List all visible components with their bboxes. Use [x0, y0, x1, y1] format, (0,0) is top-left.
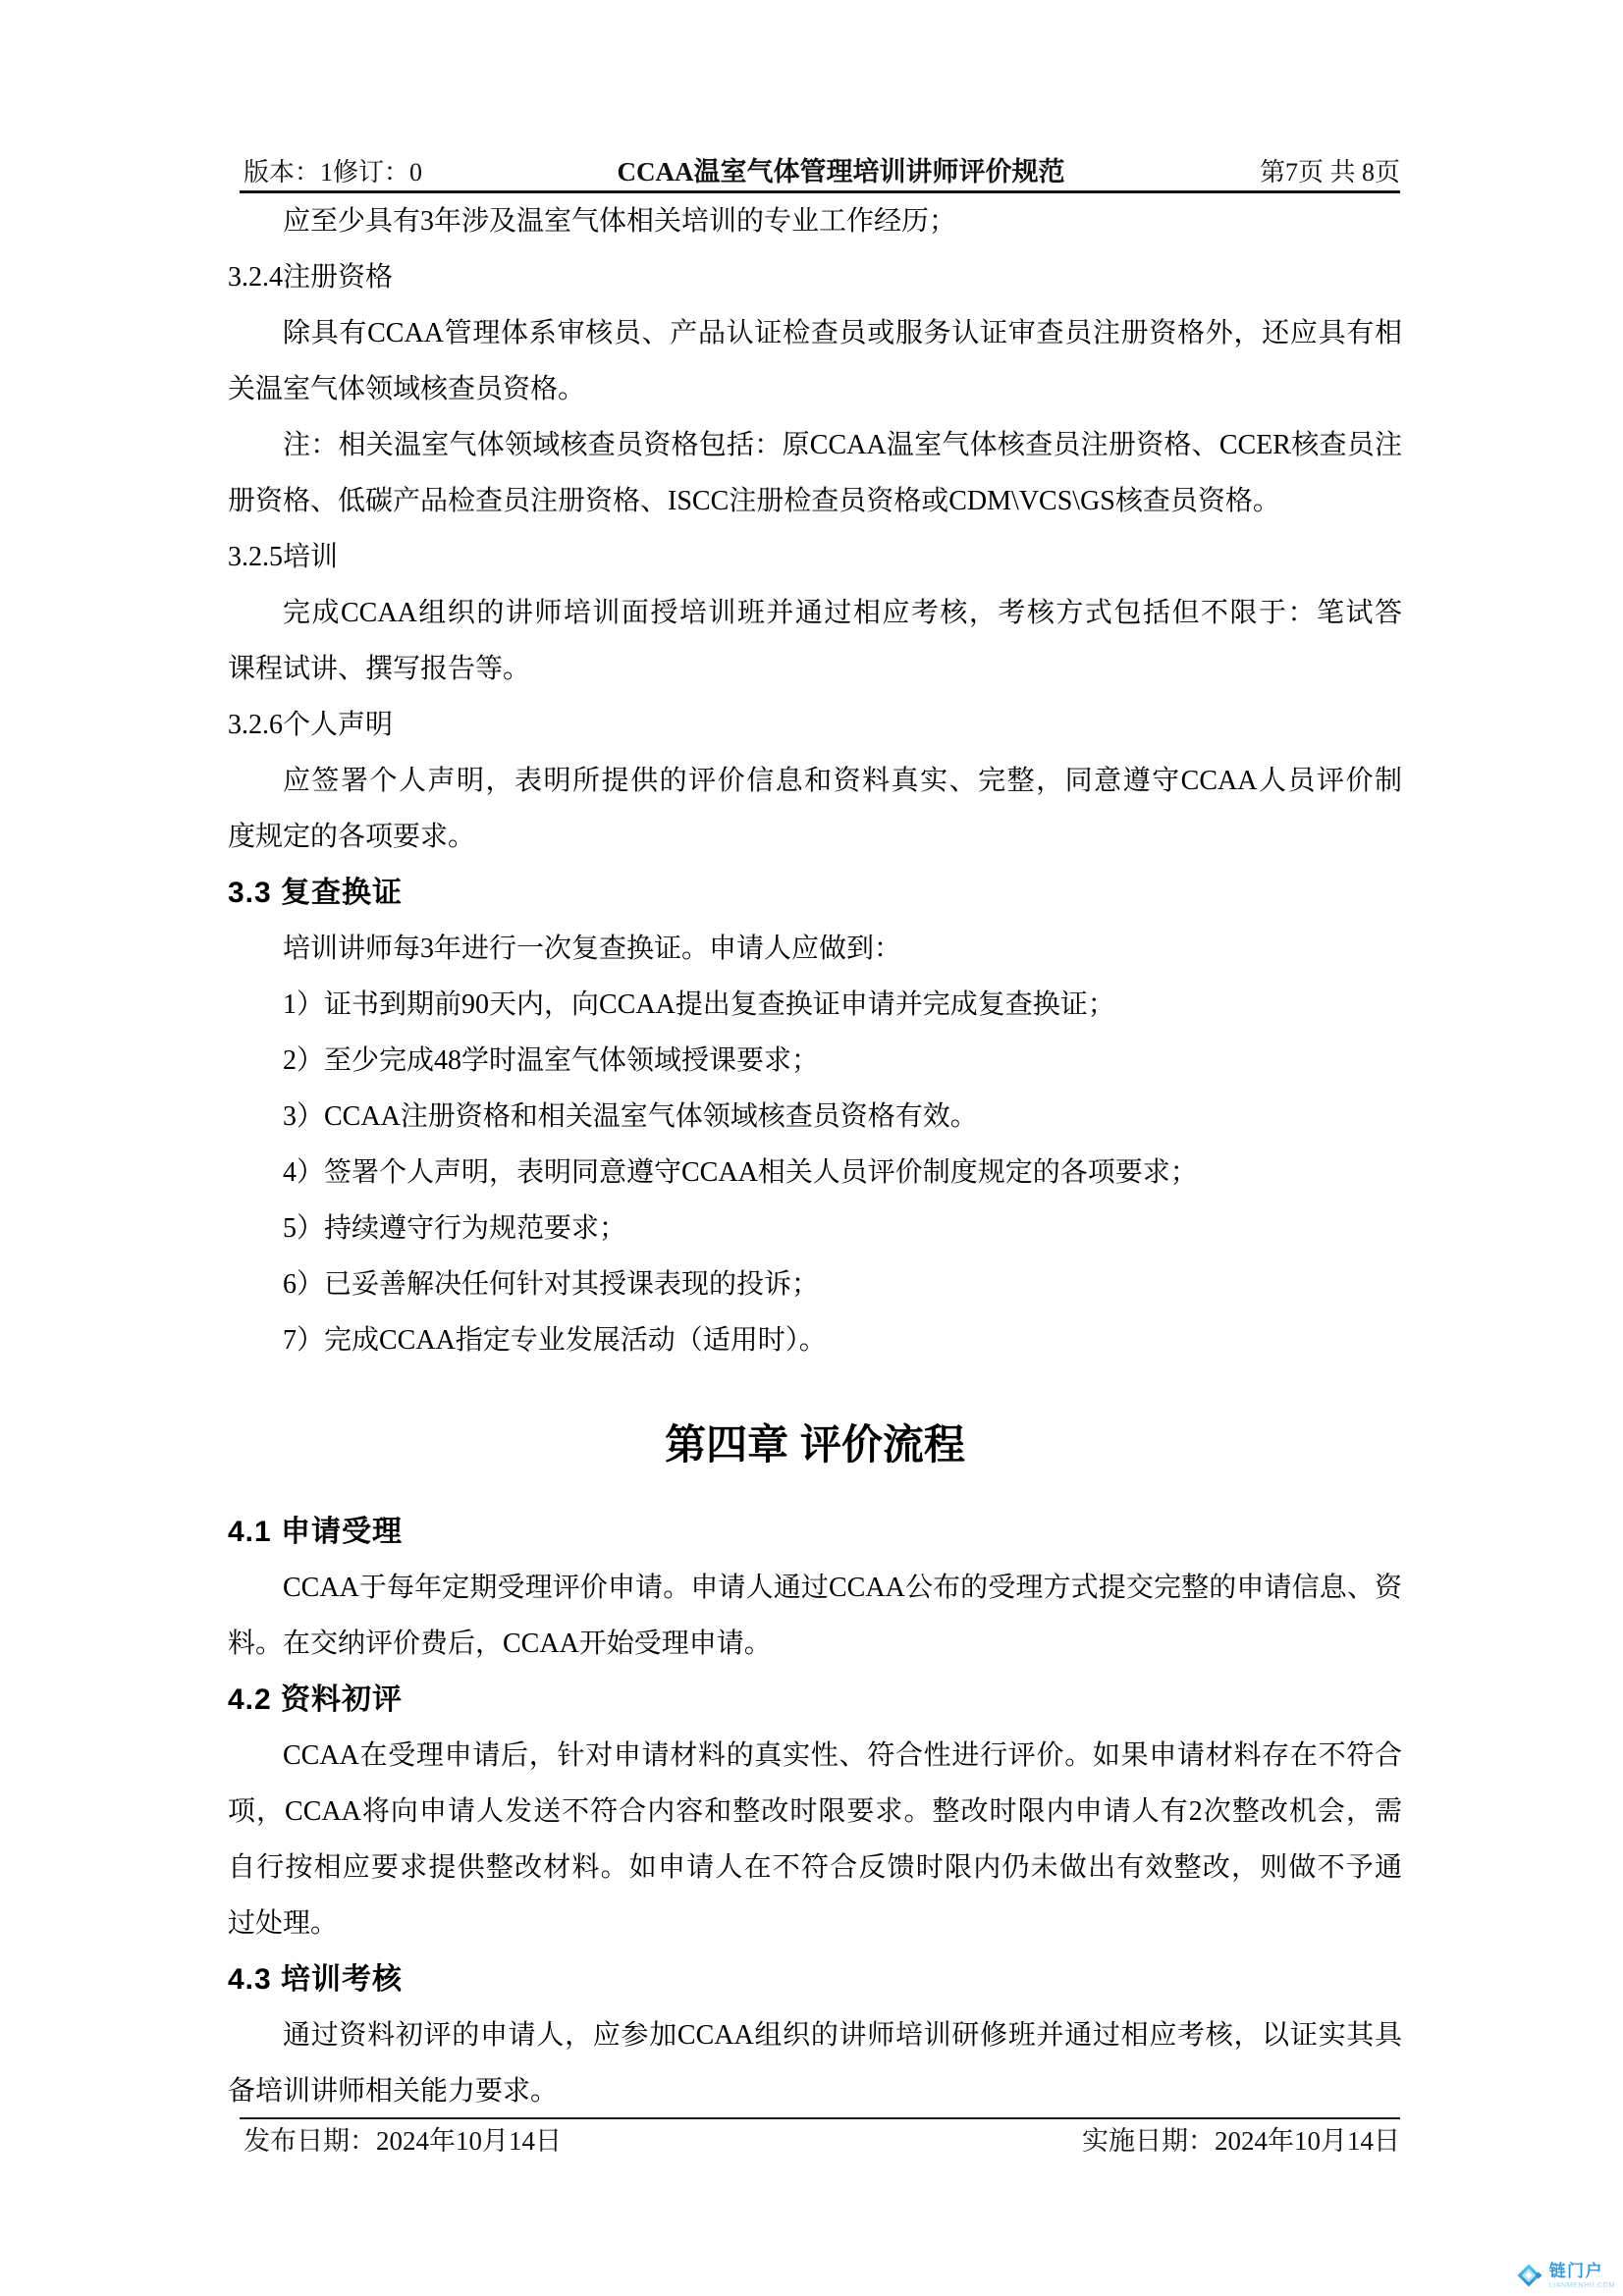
chapter-heading: 第四章 评价流程 — [228, 1398, 1402, 1492]
header-page-number: 第7页 共 8页 — [1260, 156, 1400, 189]
body-text-line: 应签署个人声明，表明所提供的评价信息和资料真实、完整，同意遵守CCAA人员评价制 — [228, 753, 1402, 809]
page-footer: 发布日期：2024年10月14日 实施日期：2024年10月14日 — [243, 2122, 1400, 2160]
document-page: 版本：1修订：0 CCAA温室气体管理培训讲师评价规范 第7页 共 8页 应至少… — [0, 0, 1623, 2296]
body-text-line: 度规定的各项要求。 — [228, 809, 1402, 865]
body-text-line: 应至少具有3年涉及温室气体相关培训的专业工作经历； — [228, 193, 1402, 249]
body-text-line: 7）完成CCAA指定专业发展活动（适用时）。 — [228, 1312, 1402, 1368]
watermark-domain: LIANMENHU.COM — [1549, 2282, 1615, 2289]
body-text-line: 3.2.6个人声明 — [228, 697, 1402, 753]
body-text-line: 5）持续遵守行为规范要求； — [228, 1201, 1402, 1256]
header-title: CCAA温室气体管理培训讲师评价规范 — [618, 155, 1065, 188]
body-text-line: 完成CCAA组织的讲师培训面授培训班并通过相应考核，考核方式包括但不限于：笔试答… — [228, 585, 1402, 641]
body-text-line: 项，CCAA将向申请人发送不符合内容和整改时限要求。整改时限内申请人有2次整改机… — [228, 1784, 1402, 1840]
body-text-line: 2）至少完成48学时温室气体领域授课要求； — [228, 1033, 1402, 1089]
body-text-line: 6）已妥善解决任何针对其授课表现的投诉； — [228, 1256, 1402, 1312]
section-heading: 4.2 资料初评 — [228, 1672, 1402, 1728]
body-text-line: 料。在交纳评价费后，CCAA开始受理申请。 — [228, 1616, 1402, 1672]
body-text-line: 注：相关温室气体领域核查员资格包括：原CCAA温室气体核查员注册资格、CCER核… — [228, 417, 1402, 473]
section-heading: 4.1 申请受理 — [228, 1504, 1402, 1560]
header-version: 版本：1修订：0 — [243, 156, 422, 189]
body-text-line: 1）证书到期前90天内，向CCAA提出复查换证申请并完成复查换证； — [228, 977, 1402, 1033]
footer-rule — [240, 2117, 1400, 2119]
body-text-line: 册资格、低碳产品检查员注册资格、ISCC注册检查员资格或CDM\VCS\GS核查… — [228, 473, 1402, 529]
body-text-line: CCAA于每年定期受理评价申请。申请人通过CCAA公布的受理方式提交完整的申请信… — [228, 1560, 1402, 1616]
body-text-line: 备培训讲师相关能力要求。 — [228, 2063, 1402, 2119]
footer-implementation-date: 实施日期：2024年10月14日 — [1082, 2122, 1400, 2160]
body-text-line: 3）CCAA注册资格和相关温室气体领域核查员资格有效。 — [228, 1089, 1402, 1145]
watermark-logo: 链门户 LIANMENHU.COM — [1513, 2260, 1615, 2291]
lianmenhu-diamond-icon — [1513, 2260, 1544, 2291]
body-text-line: 过处理。 — [228, 1896, 1402, 1951]
watermark-name: 链门户 — [1549, 2263, 1615, 2279]
body-text-line: 通过资料初评的申请人，应参加CCAA组织的讲师培训研修班并通过相应考核，以证实其… — [228, 2007, 1402, 2063]
body-text-line: 关温室气体领域核查员资格。 — [228, 361, 1402, 417]
body-text-line: 4）签署个人声明，表明同意遵守CCAA相关人员评价制度规定的各项要求； — [228, 1145, 1402, 1201]
footer-release-date: 发布日期：2024年10月14日 — [243, 2122, 562, 2160]
body-text-line: 课程试讲、撰写报告等。 — [228, 641, 1402, 697]
body-text-line: CCAA在受理申请后，针对申请材料的真实性、符合性进行评价。如果申请材料存在不符… — [228, 1728, 1402, 1784]
section-heading: 3.3 复查换证 — [228, 865, 1402, 921]
watermark-text: 链门户 LIANMENHU.COM — [1549, 2263, 1615, 2289]
body-text-line: 3.2.5培训 — [228, 529, 1402, 585]
body-text-line: 除具有CCAA管理体系审核员、产品认证检查员或服务认证审查员注册资格外，还应具有… — [228, 305, 1402, 361]
section-heading: 4.3 培训考核 — [228, 1951, 1402, 2007]
document-content: 应至少具有3年涉及温室气体相关培训的专业工作经历；3.2.4注册资格除具有CCA… — [228, 193, 1402, 2119]
body-text-line: 培训讲师每3年进行一次复查换证。申请人应做到： — [228, 921, 1402, 977]
body-text-line: 3.2.4注册资格 — [228, 249, 1402, 305]
body-text-line: 自行按相应要求提供整改材料。如申请人在不符合反馈时限内仍未做出有效整改，则做不予… — [228, 1840, 1402, 1896]
page-header: 版本：1修订：0 CCAA温室气体管理培训讲师评价规范 第7页 共 8页 — [243, 155, 1400, 189]
